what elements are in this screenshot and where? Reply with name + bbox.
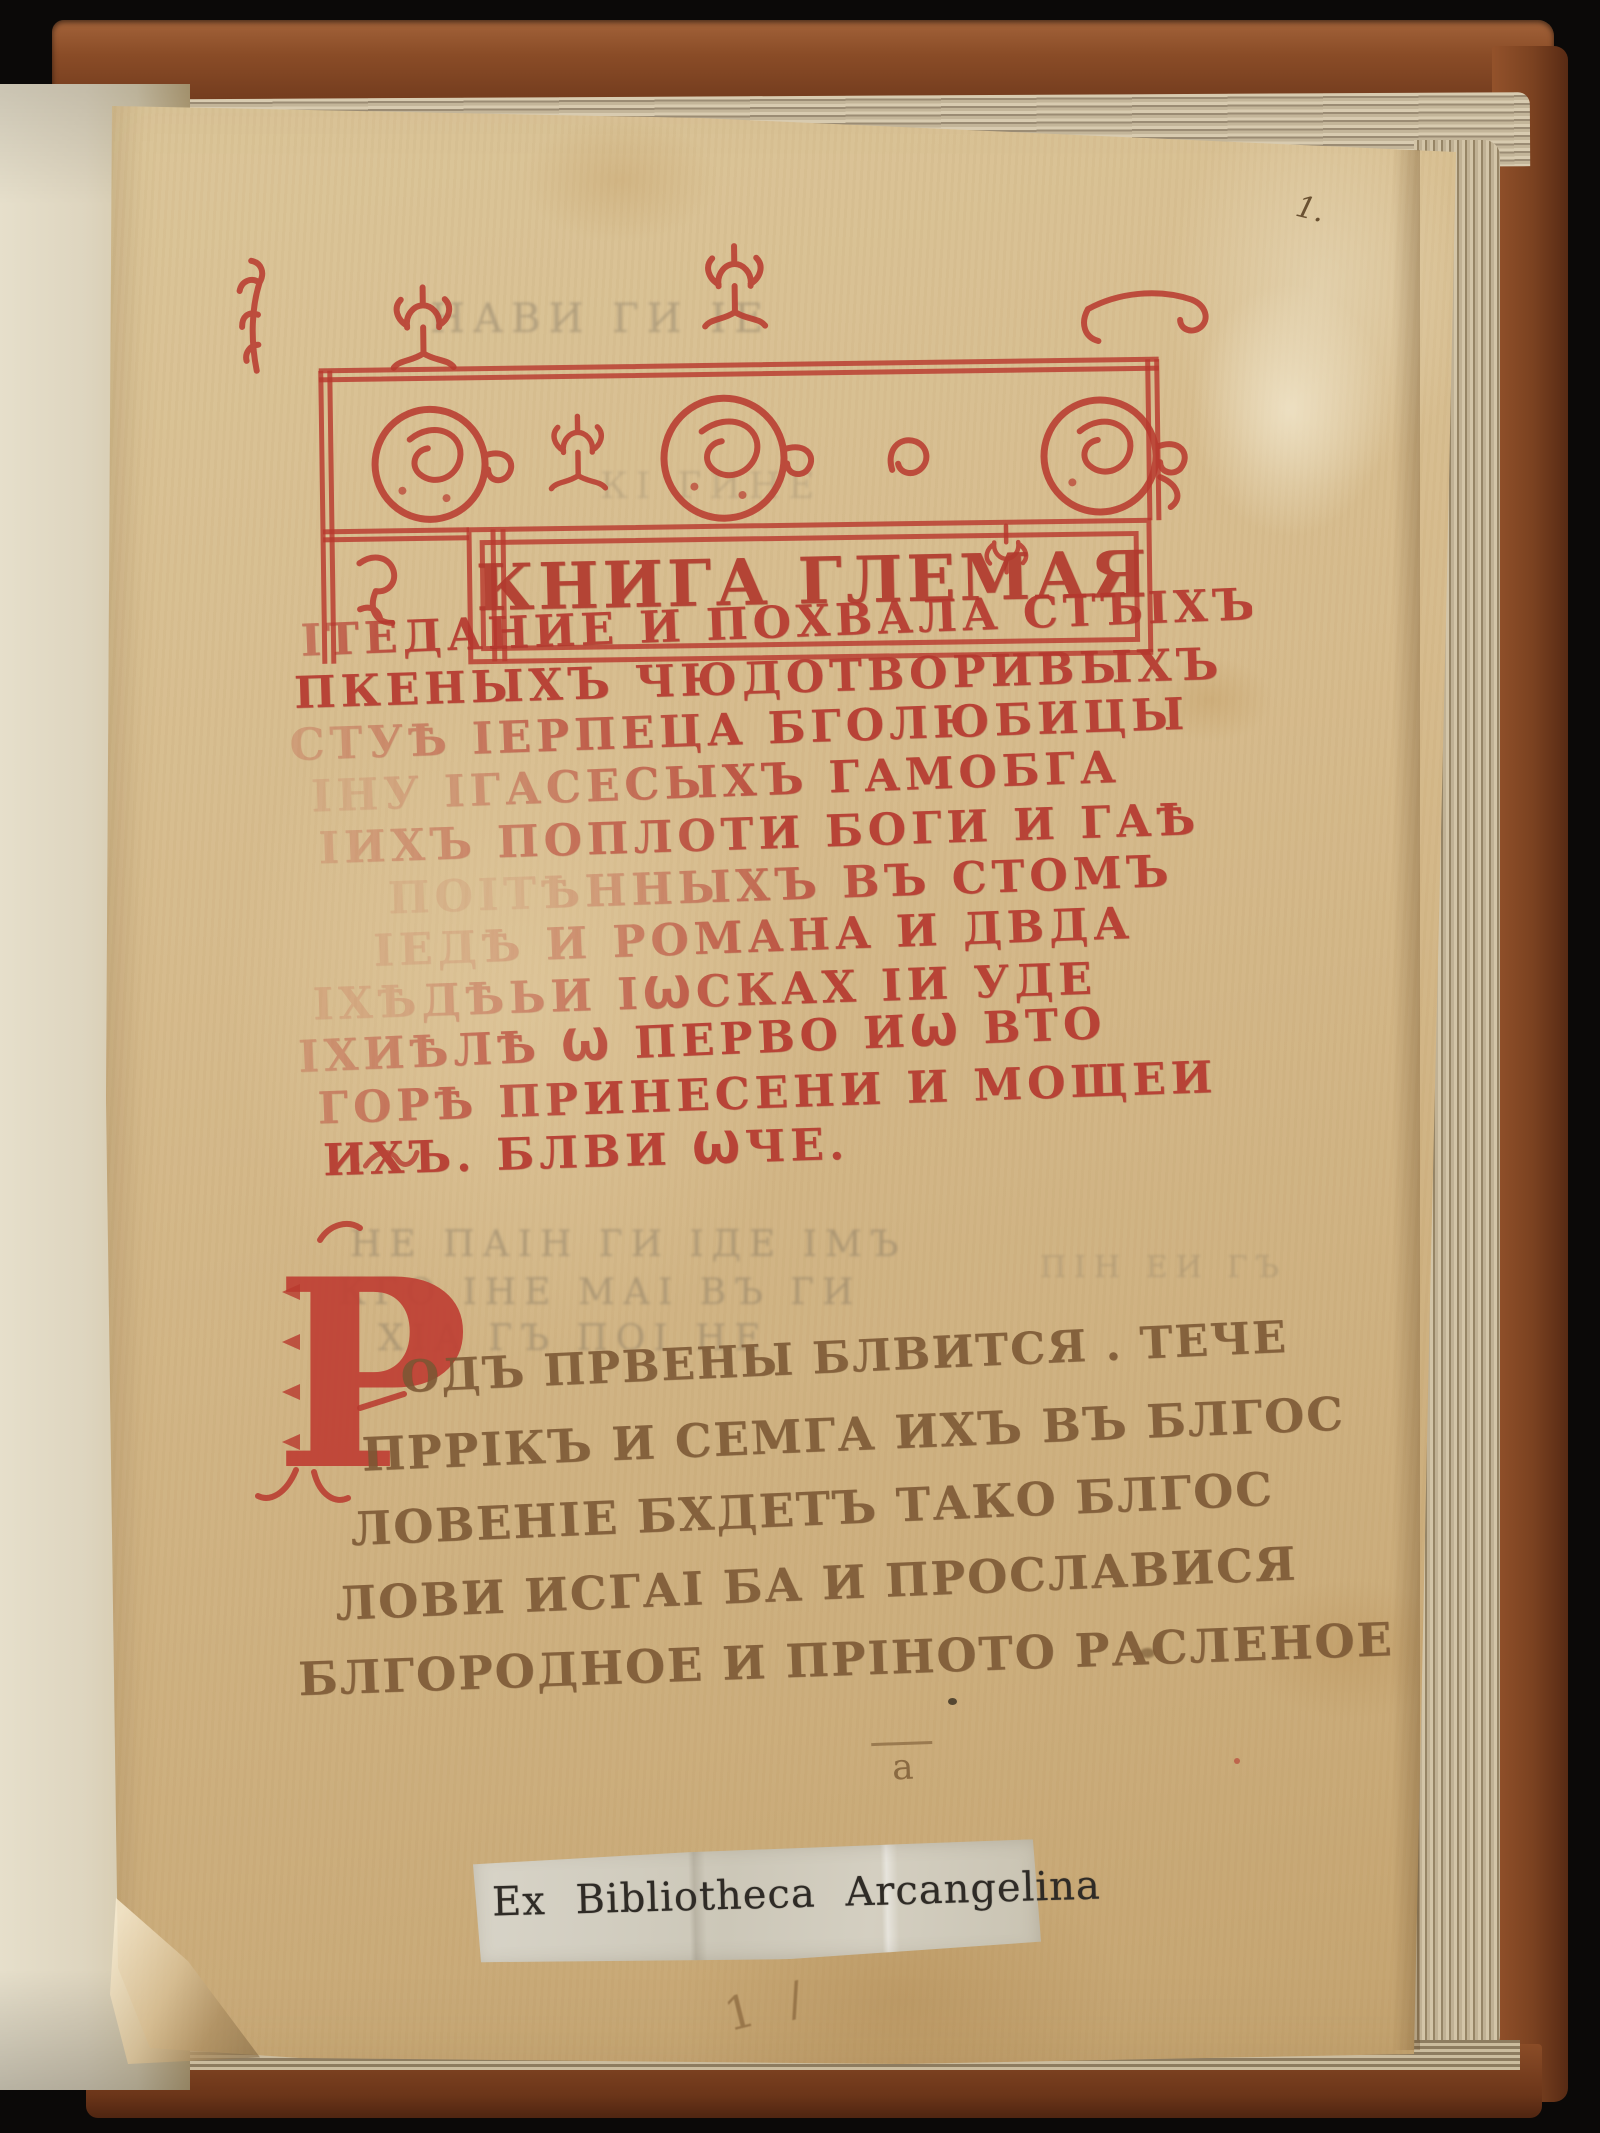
line-end-flourish <box>349 1136 421 1189</box>
scroll-medallion <box>663 397 812 519</box>
manuscript-photo: НАВИ ГИ ІЕ КІ ГИНЕ НЕ ПАІН ГИ ІДЕ ІМЪ КГ… <box>0 0 1600 2133</box>
red-ink-speck <box>1234 1758 1240 1764</box>
body-text-block: ОДЪ ПРВЕНЫ БЛВИТСЯ . ТЕЧЕ ПРРІКЪ И СЕМГА… <box>300 1318 1313 1726</box>
book-cover-right <box>1492 46 1568 2102</box>
tulip-ornament <box>393 287 454 368</box>
scroll-medallion <box>1043 399 1185 513</box>
scroll-medallion <box>374 408 512 520</box>
curl-ornament <box>890 440 926 473</box>
gutter-shadow <box>1392 150 1420 2050</box>
showthrough-text: ПІН ЕИ ГЪ <box>1040 1250 1287 1285</box>
tulip-ornament <box>550 416 605 489</box>
rubric-text-block: ІТЕДАНИЕ И ПОХВАЛА СТЪІХЪ ПКЕНЫХЪ ЧЮДОТВ… <box>292 589 1268 1188</box>
quire-signature: а <box>872 1742 933 1788</box>
tulip-ornament <box>704 246 765 327</box>
